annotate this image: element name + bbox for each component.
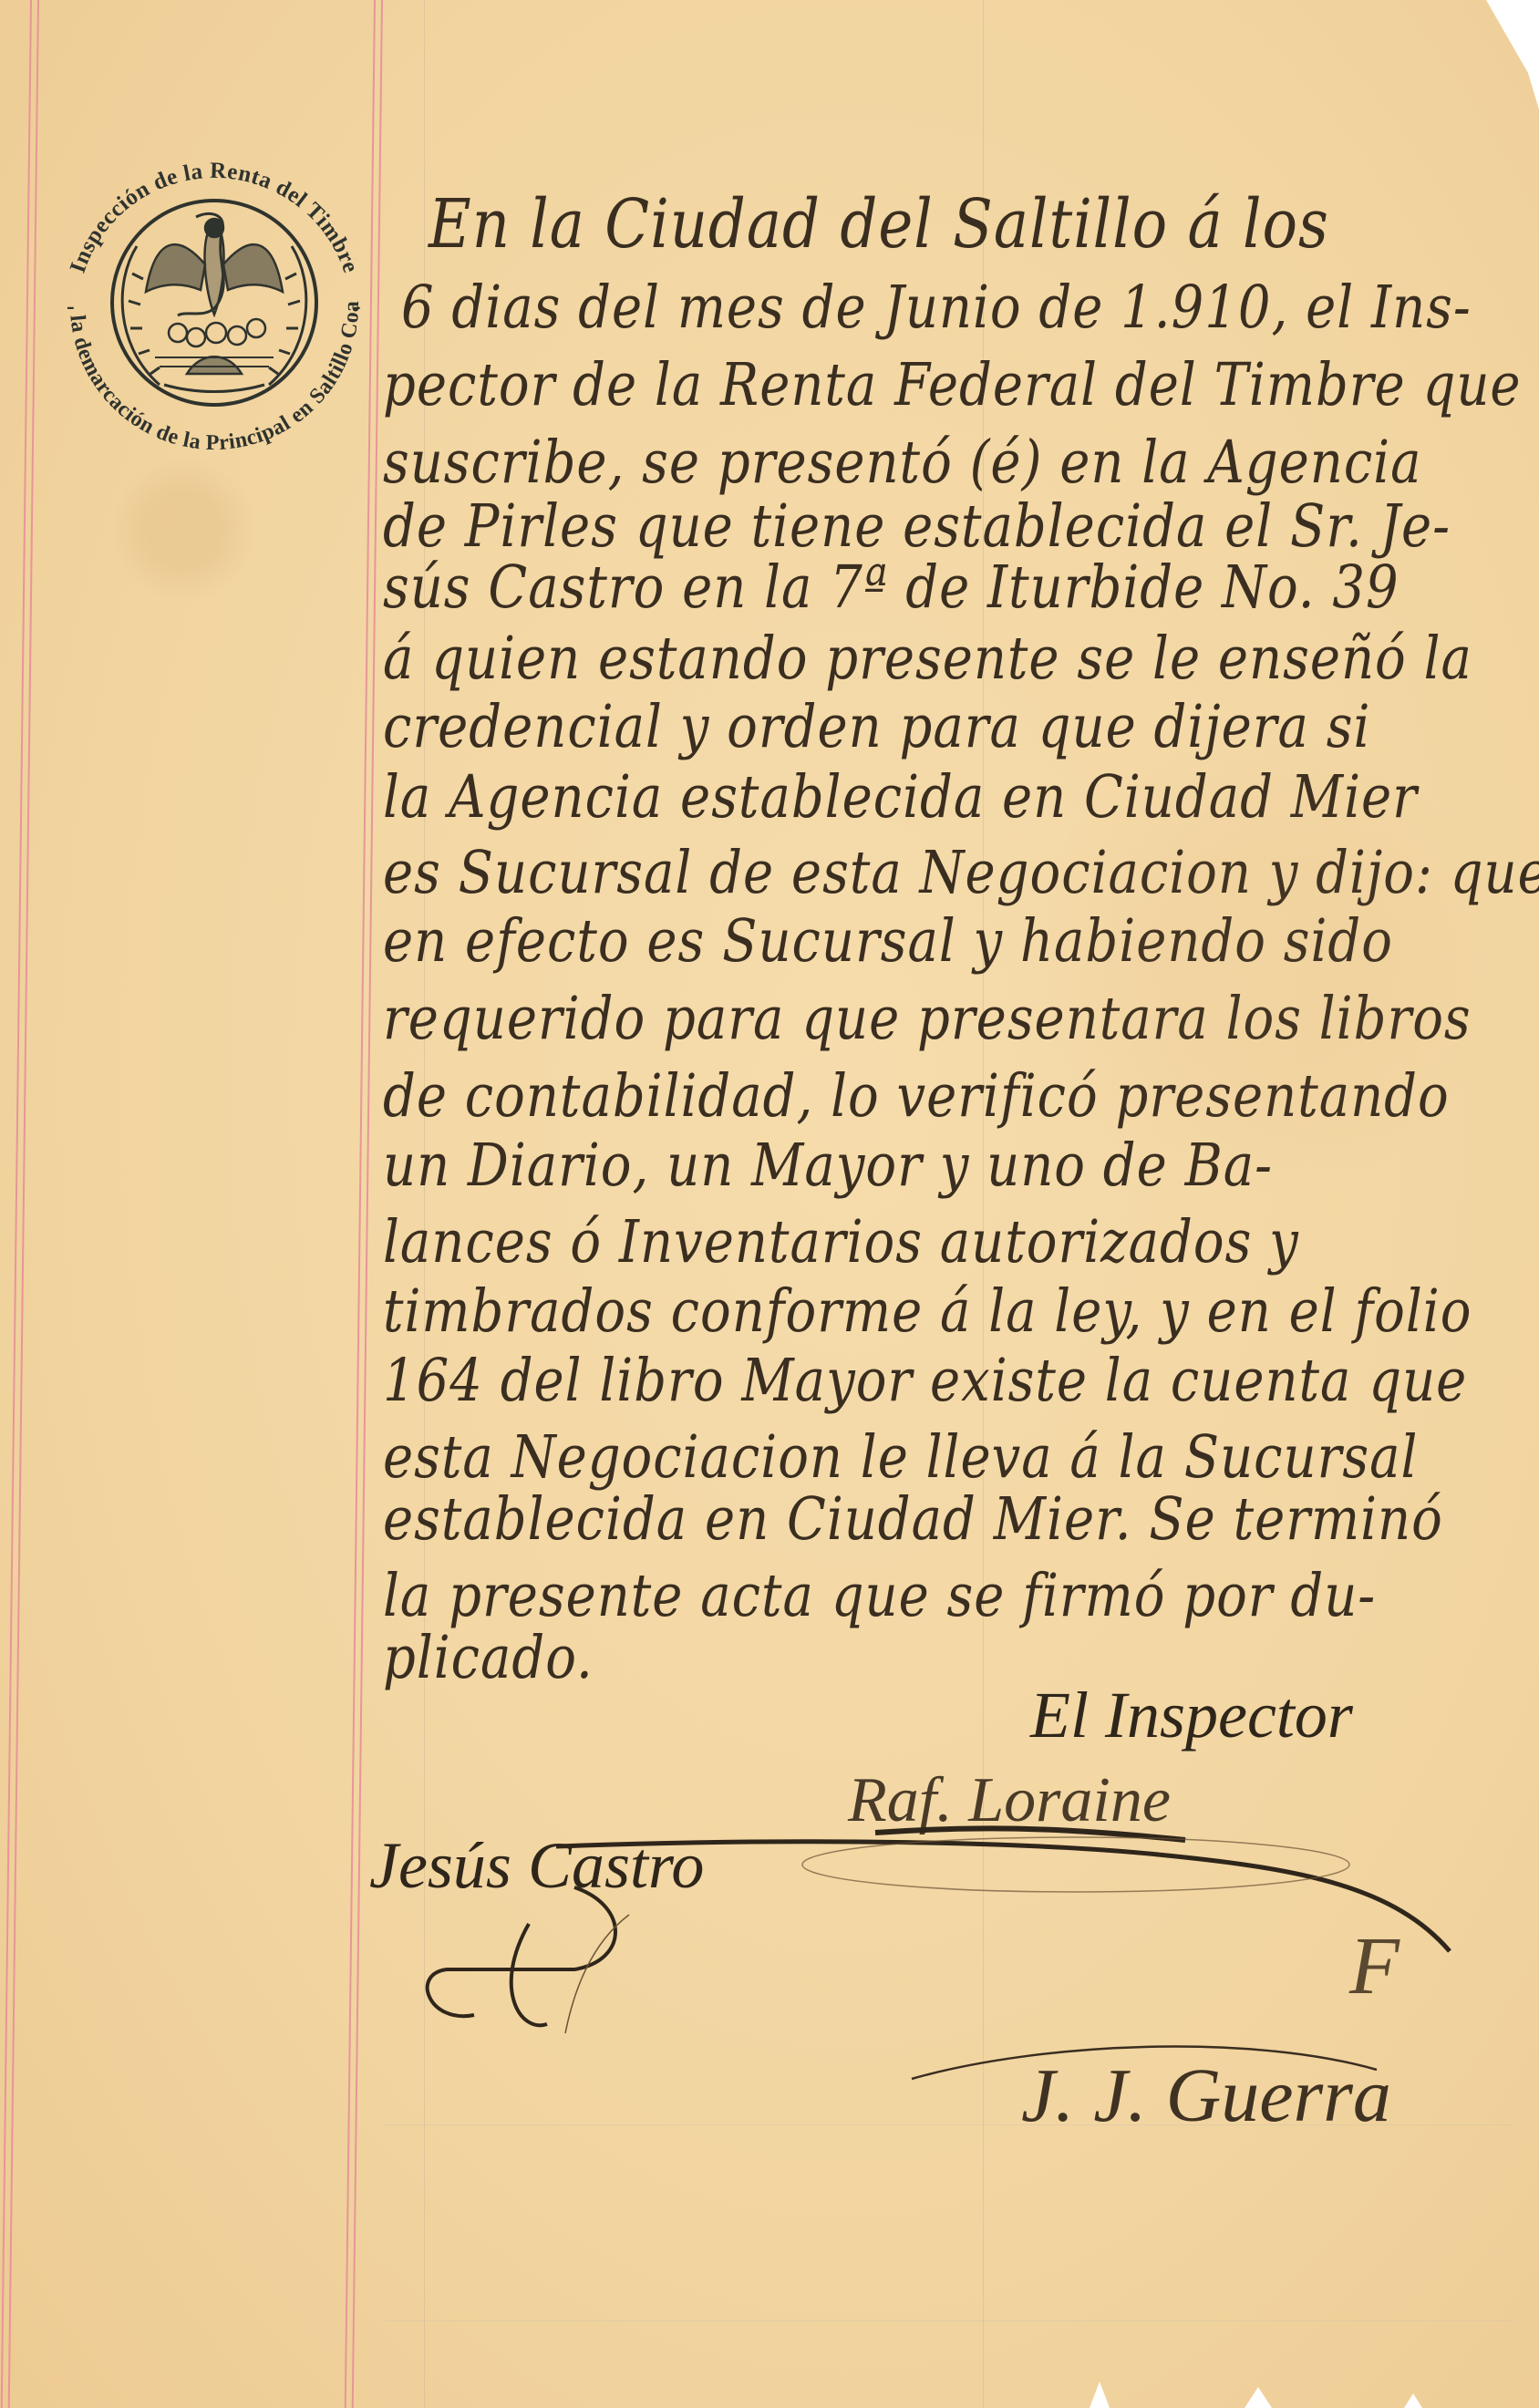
stamp-separator-right: -: [353, 293, 361, 319]
left-margin-line-inner: [8, 0, 39, 2408]
owner-signature: Jesús Castro: [369, 1828, 704, 1904]
inspector-signature: Raf. Loraine: [848, 1764, 1171, 1837]
left-margin-line-outer: [1, 0, 32, 2408]
body-line-21: plicado.: [383, 1624, 594, 1692]
fold-crease-left: [424, 0, 425, 2408]
body-line-6: sús Castro en la 7ª de Iturbide No. 39: [383, 553, 1400, 622]
revenue-inspection-stamp: Inspección de la Renta del Timbre En la …: [50, 146, 378, 474]
body-line-17: 164 del libro Mayor existe la cuenta que: [383, 1347, 1467, 1415]
ruled-line: [383, 2124, 1513, 2125]
body-line-8: credencial y orden para que dijera si: [383, 693, 1370, 761]
owner-signature-flourish: [392, 1860, 720, 2061]
body-line-15: lances ó Inventarios autorizados y: [383, 1208, 1299, 1276]
body-line-14: un Diario, un Mayor y uno de Ba-: [383, 1132, 1273, 1200]
body-line-16: timbrados conforme á la ley, y en el fol…: [383, 1277, 1472, 1346]
stamp-separator-left: -: [67, 293, 75, 319]
body-line-18: esta Negociacion le lleva á la Sucursal: [383, 1423, 1418, 1492]
body-line-13: de contabilidad, lo verificó presentando: [383, 1062, 1450, 1131]
stamp-bottom-text: En la demarcación de la Principal en Sal…: [50, 146, 364, 455]
body-line-11: en efecto es Sucursal y habiendo sido: [383, 907, 1393, 976]
torn-edge: [1245, 2387, 1272, 2408]
ruled-line: [383, 2320, 1513, 2321]
mexican-eagle-coat-of-arms-icon: [112, 201, 316, 405]
torn-edge: [1404, 2393, 1422, 2408]
torn-edge: [1090, 2382, 1110, 2408]
body-line-4: suscribe, se presentó (é) en la Agencia: [383, 429, 1421, 497]
body-line-5: de Pirles que tiene establecida el Sr. J…: [383, 492, 1451, 561]
right-margin-line-inner: [352, 0, 383, 2408]
witness-signature: J. J. Guerra: [1021, 2051, 1391, 2140]
body-line-10: es Sucursal de esta Negociacion y dijo: …: [383, 839, 1539, 907]
stamp-graphic: Inspección de la Renta del Timbre En la …: [50, 146, 378, 474]
fold-crease-center: [983, 0, 984, 2408]
initial-mark: F: [1349, 1919, 1400, 2013]
body-line-19: establecida en Ciudad Mier. Se terminó: [383, 1485, 1443, 1554]
witness-signature-flourish: [903, 2033, 1413, 2088]
inspector-signature-flourish: [529, 1814, 1539, 1960]
body-line-3: pector de la Renta Federal del Timbre qu…: [383, 351, 1522, 419]
body-line-12: requerido para que presentara los libros: [383, 985, 1472, 1053]
body-line-2: 6 dias del mes de Junio de 1.910, el Ins…: [401, 274, 1472, 342]
body-line-9: la Agencia establecida en Ciudad Mier: [383, 763, 1418, 832]
stamp-top-text: Inspección de la Renta del Timbre: [66, 159, 364, 276]
body-line-7: á quien estando presente se le enseñó la: [383, 625, 1472, 693]
document-paper: Inspección de la Renta del Timbre En la …: [0, 0, 1539, 2408]
right-margin-line-outer: [345, 0, 376, 2408]
body-line-20: la presente acta que se firmó por du-: [383, 1562, 1376, 1630]
inspector-title: El Inspector: [1030, 1678, 1353, 1753]
body-line-1: En la Ciudad del Saltillo á los: [429, 186, 1329, 264]
